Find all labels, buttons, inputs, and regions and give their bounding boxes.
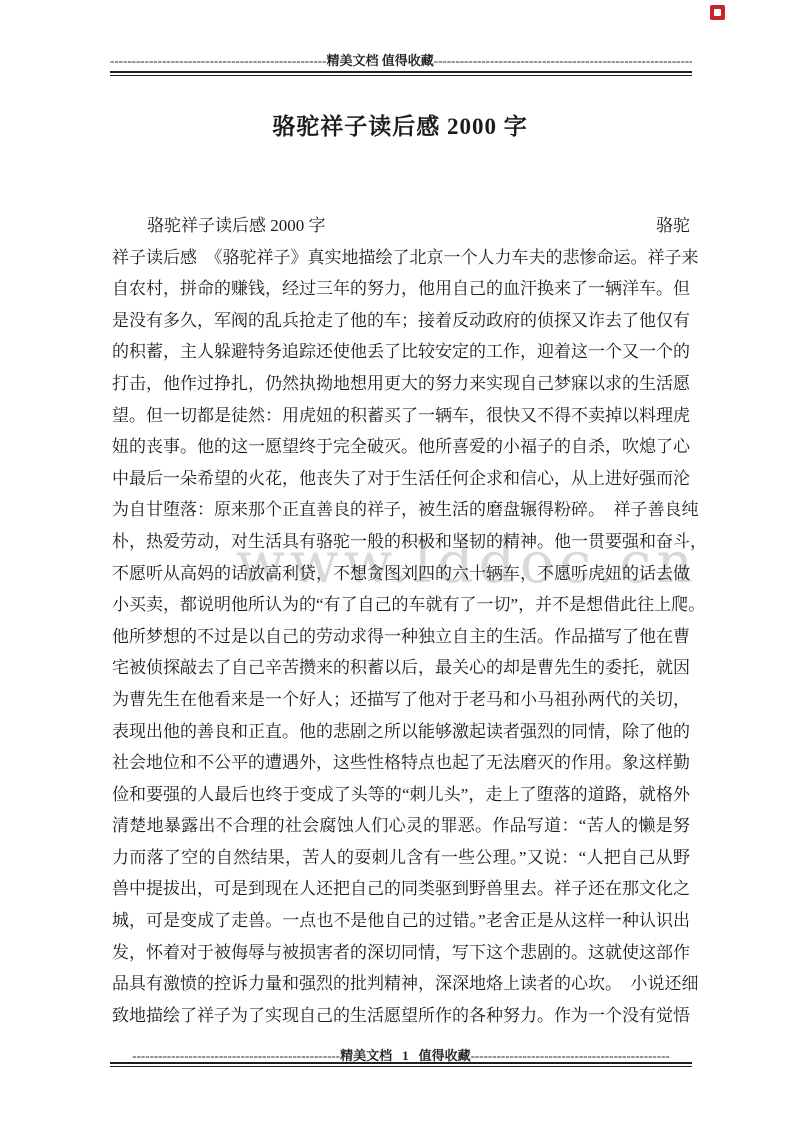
header-rule [110, 71, 692, 76]
footer-left-dashes: ----------------------------------------… [132, 1048, 340, 1063]
body-first-line-left: 骆驼祥子读后感 2000 字 [147, 210, 326, 242]
body-line: 望。但一切都是徒然：用虎妞的积蓄买了一辆车，很快又不得不卖掉以料理虎 [112, 400, 690, 432]
header-left-dashes: ----------------------------------------… [110, 53, 326, 68]
badge-glyph [714, 9, 721, 16]
body-paragraph: 骆驼祥子读后感 2000 字 骆驼 祥子读后感 《骆驼祥子》真实地描绘了北京一个… [112, 210, 690, 1031]
page-number: 1 [392, 1048, 419, 1063]
header-decor-line: ----------------------------------------… [110, 53, 692, 69]
body-line: 打击，他作过挣扎，仍然执拗地想用更大的努力来实现自己梦寐以求的生活愿 [112, 368, 690, 400]
body-line: 发，怀着对于被侮辱与被损害者的深切同情，写下这个悲剧的。这就使这部作 [112, 937, 690, 969]
body-line: 他所梦想的不过是以自己的劳动求得一种独立自主的生活。作品描写了他在曹 [112, 621, 690, 653]
body-line: 宅被侦探敲去了自己辛苦攒来的积蓄以后，最关心的却是曹先生的委托，就因 [112, 652, 690, 684]
body-line: 致地描绘了祥子为了实现自己的生活愿望所作的各种努力。作为一个没有觉悟 [112, 1000, 690, 1032]
header-right-dashes: ----------------------------------------… [434, 53, 692, 68]
body-line: 妞的丧事。他的这一愿望终于完全破灭。他所喜爱的小福子的自杀，吹熄了心 [112, 431, 690, 463]
body-line: 力而落了空的自然结果，苦人的耍刺儿含有一些公理。”又说：“人把自己从野 [112, 842, 690, 874]
footer-label-right: 值得收藏 [419, 1048, 471, 1063]
red-doc-badge-icon[interactable] [710, 5, 725, 20]
body-line: 自农村，拼命的赚钱，经过三年的努力，他用自己的血汗换来了一辆洋车。但 [112, 273, 690, 305]
document-page: ----------------------------------------… [0, 0, 800, 1132]
body-first-line: 骆驼祥子读后感 2000 字 骆驼 [112, 210, 690, 242]
body-line: 小买卖，都说明他所认为的“有了自己的车就有了一切”，并不是想借此往上爬。 [112, 589, 690, 621]
body-line: 俭和要强的人最后也终于变成了头等的“刺儿头”，走上了堕落的道路，就格外 [112, 779, 690, 811]
body-line: 兽中提拔出，可是到现在人还把自己的同类驱到野兽里去。祥子还在那文化之 [112, 873, 690, 905]
body-line: 不愿听从高妈的话放高利贷，不想贪图刘四的六十辆车，不愿听虎妞的话去做 [112, 558, 690, 590]
body-line: 为自甘堕落：原来那个正直善良的祥子，被生活的磨盘辗得粉碎。 祥子善良纯 [112, 494, 690, 526]
body-line: 中最后一朵希望的火花，他丧失了对于生活任何企求和信心，从上进好强而沦 [112, 463, 690, 495]
body-line: 的积蓄，主人躲避特务追踪还使他丢了比较安定的工作，迎着这一个又一个的 [112, 336, 690, 368]
footer-rule [110, 1062, 692, 1067]
footer-right-dashes: ----------------------------------------… [471, 1048, 670, 1063]
body-line: 品具有激愤的控诉力量和强烈的批判精神，深深地烙上读者的心坎。 小说还细 [112, 968, 690, 1000]
body-first-line-right: 骆驼 [656, 210, 690, 242]
body-line: 社会地位和不公平的遭遇外，这些性格特点也起了无法磨灭的作用。象这样勤 [112, 747, 690, 779]
body-line: 城，可是变成了走兽。一点也不是他自己的过错。”老舍正是从这样一种认识出 [112, 905, 690, 937]
body-line: 祥子读后感 《骆驼祥子》真实地描绘了北京一个人力车夫的悲惨命运。祥子来 [112, 242, 690, 274]
footer-label-left: 精美文档 [340, 1048, 392, 1063]
page-title: 骆驼祥子读后感 2000 字 [0, 108, 800, 141]
body-line: 表现出他的善良和正直。他的悲剧之所以能够激起读者强烈的同情，除了他的 [112, 716, 690, 748]
body-lines: 祥子读后感 《骆驼祥子》真实地描绘了北京一个人力车夫的悲惨命运。祥子来自农村，拼… [112, 242, 690, 1032]
body-line: 清楚地暴露出不合理的社会腐蚀人们心灵的罪恶。作品写道：“苦人的懒是努 [112, 810, 690, 842]
body-line: 是没有多久，军阀的乱兵抢走了他的车；接着反动政府的侦探又诈去了他仅有 [112, 305, 690, 337]
body-line: 为曹先生在他看来是一个好人；还描写了他对于老马和小马祖孙两代的关切， [112, 684, 690, 716]
header-label: 精美文档 值得收藏 [326, 53, 433, 68]
body-line: 朴，热爱劳动，对生活具有骆驼一般的积极和坚韧的精神。他一贯要强和奋斗， [112, 526, 690, 558]
